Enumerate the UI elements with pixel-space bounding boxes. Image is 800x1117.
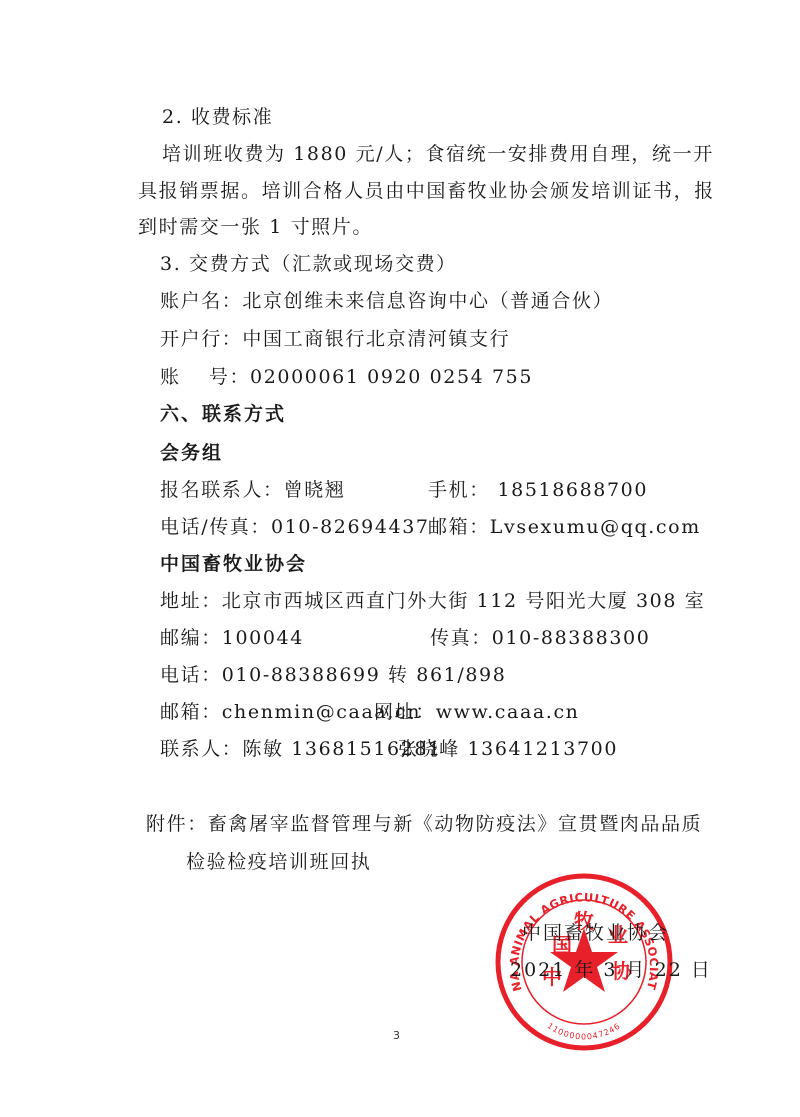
association-address: 地址：北京市西城区西直门外大街 112 号阳光大厦 308 室	[160, 589, 705, 613]
payment-heading: 3. 交费方式（汇款或现场交费）	[160, 252, 457, 276]
secretariat-title: 会务组	[160, 441, 223, 465]
fee-paragraph-line-3: 到时需交一张 1 寸照片。	[138, 215, 373, 239]
page-number: 3	[393, 1029, 400, 1042]
secretariat-contact-person: 报名联系人：曾晓翘	[160, 478, 345, 502]
secretariat-mobile: 手机： 18518688700	[428, 478, 648, 502]
attachment-line-1: 附件：畜禽屠宰监督管理与新《动物防疫法》宣贯暨肉品品质	[146, 812, 702, 836]
signature-organization: 中国畜牧业协会	[522, 921, 669, 945]
secretariat-email[interactable]: 邮箱：Lvsexumu@qq.com	[428, 515, 701, 539]
association-title: 中国畜牧业协会	[160, 552, 307, 576]
attachment-line-2: 检验检疫培训班回执	[186, 850, 371, 874]
fee-heading: 2. 收费标准	[162, 105, 273, 129]
bank-name: 开户行：中国工商银行北京清河镇支行	[160, 327, 510, 351]
account-number: 账 号：02000061 0920 0254 755	[160, 365, 533, 389]
association-phone: 电话：010-88388699 转 861/898	[160, 663, 506, 687]
association-contact-2: 张晓峰 13641213700	[398, 737, 618, 761]
fee-paragraph-line-2: 具报销票据。培训合格人员由中国畜牧业协会颁发培训证书，报	[138, 179, 715, 203]
contact-heading: 六、联系方式	[160, 402, 286, 426]
signature-date: 2021 年 3 月 22 日	[510, 958, 712, 982]
association-website[interactable]: 网址：www.caaa.cn	[374, 700, 580, 724]
secretariat-phone-fax: 电话/传真：010-82694437	[160, 515, 430, 539]
association-fax: 传真：010-88388300	[430, 626, 650, 650]
fee-paragraph-line-1: 培训班收费为 1880 元/人；食宿统一安排费用自理，统一开	[162, 142, 714, 166]
account-name: 账户名：北京创维未来信息咨询中心（普通合伙）	[160, 289, 613, 313]
association-postcode: 邮编：100044	[160, 626, 304, 650]
